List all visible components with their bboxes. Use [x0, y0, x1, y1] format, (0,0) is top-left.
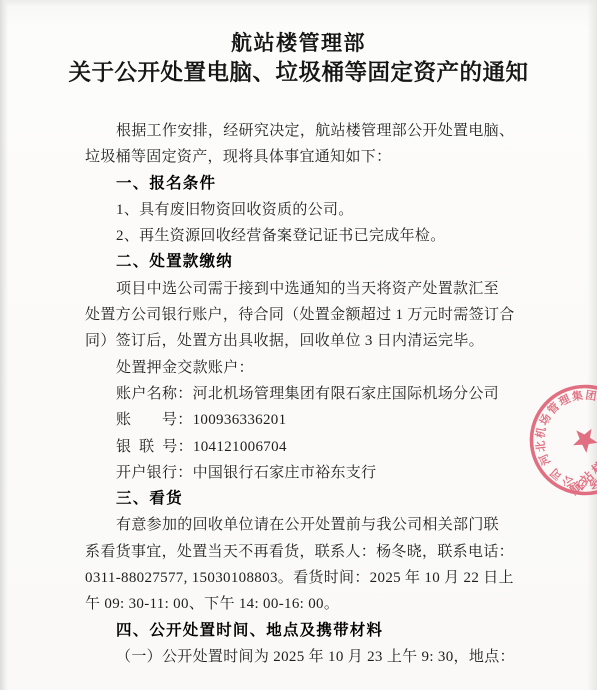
section-heading: 三、看货 — [85, 486, 521, 512]
scan-edge-left — [0, 0, 8, 690]
document-line: 账 号：100936336201 — [85, 407, 521, 433]
document-line: 根据工作安排，经研究决定，航站楼管理部公开处置电脑、 — [85, 118, 521, 144]
document-line: 账户名称：河北机场管理集团有限石家庄国际机场分公司 — [85, 381, 521, 407]
document-header: 航站楼管理部 关于公开处置电脑、垃圾桶等固定资产的通知 — [0, 30, 597, 88]
document-line: 有意参加的回收单位请在公开处置前与我公司相关部门联 — [85, 512, 521, 538]
section-heading: 一、报名条件 — [85, 171, 521, 197]
seal-star-icon — [567, 422, 597, 456]
document-line: 银 联 号：104121006704 — [85, 434, 521, 460]
section-heading: 二、处置款缴纳 — [85, 249, 521, 275]
document-line: 垃圾桶等固定资产，现将具体事宜通知如下： — [85, 144, 521, 170]
section-heading: 四、公开处置时间、地点及携带材料 — [85, 618, 521, 644]
scan-edge-right — [587, 0, 597, 690]
document-line: （一）公开处置时间为 2025 年 10 月 23 上午 9: 30，地点： — [85, 644, 521, 670]
document-title-department: 航站楼管理部 — [0, 30, 597, 57]
scan-edge-top — [0, 0, 597, 6]
document-line: 开户银行：中国银行石家庄市裕东支行 — [85, 460, 521, 486]
document-line: 处置押金交款账户： — [85, 355, 521, 381]
scanned-notice-page: 航站楼管理部 关于公开处置电脑、垃圾桶等固定资产的通知 根据工作安排，经研究决定… — [0, 0, 597, 690]
document-title-subject: 关于公开处置电脑、垃圾桶等固定资产的通知 — [0, 57, 597, 88]
document-line: 0311-88027577, 15030108803。看货时间：2025 年 1… — [85, 565, 521, 591]
document-body: 根据工作安排，经研究决定，航站楼管理部公开处置电脑、垃圾桶等固定资产，现将具体事… — [85, 118, 521, 670]
document-line: 1、具有废旧物资回收资质的公司。 — [85, 197, 521, 223]
document-line: 处置方公司银行账户，待合同（处置金额超过 1 万元时需签订合 — [85, 302, 521, 328]
document-line: 2、再生资源回收经营备案登记证书已完成年检。 — [85, 223, 521, 249]
document-line: 午 09: 30-11: 00、下午 14: 00-16: 00。 — [85, 591, 521, 617]
document-line: 系看货事宜，处置当天不再看货，联系人：杨冬晓，联系电话： — [85, 539, 521, 565]
document-line: 同）签订后，处置方出具收据，回收单位 3 日内清运完毕。 — [85, 328, 521, 354]
official-red-seal: 河北机场管理集团有限石家庄国际机场分公司 航站楼管理部 — [505, 360, 597, 520]
document-line: 项目中选公司需于接到中选通知的当天将资产处置款汇至 — [85, 276, 521, 302]
